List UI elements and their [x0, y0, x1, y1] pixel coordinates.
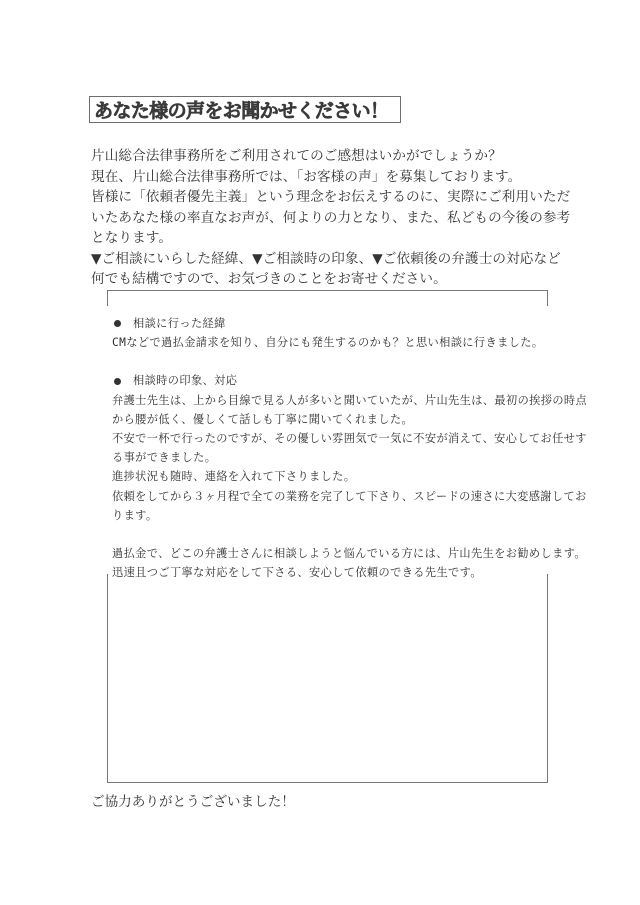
answer-line: 依頼をしてから３ヶ月程で全ての業務を完了して下さり、スピードの速さに大変感謝して…	[112, 487, 562, 506]
answer-line: から腰が低く、優しくて話しも丁寧に聞いてくれました。	[112, 410, 562, 429]
section-circumstances: 相談に行った経緯 CMなどで過払金請求を知り、自分にも発生するのかも？と思い相談…	[112, 314, 562, 352]
intro-line: ▼ご相談にいらした経緯、▼ご相談時の印象、▼ご依頼後の弁護士の対応など	[91, 249, 561, 270]
answer-line: 迅速且つご丁寧な対応をして下さる、安心して依頼のできる先生です。	[112, 563, 562, 582]
answer-line: 進捗状況も随時、連絡を入れて下さりました。	[112, 467, 562, 486]
intro-line: 何でも結構ですので、お気づきのことをお寄せください。	[91, 269, 561, 290]
section-recommendation: 過払金で、どこの弁護士さんに相談しようと悩んでいる方には、片山先生をお勧めします…	[112, 544, 562, 582]
bullet-icon	[114, 320, 121, 327]
section-impression: 相談時の印象、対応 弁護士先生は、上から目線で見る人が多いと聞いていたが、片山先…	[112, 371, 562, 525]
intro-line: 皆様に「依頼者優先主義」という理念をお伝えするのに、実際にご利用いただ	[91, 187, 561, 208]
intro-line: 現在、片山総合法律事務所では、「お客様の声」を募集しております。	[91, 167, 561, 188]
answer-line: CMなどで過払金請求を知り、自分にも発生するのかも？と思い相談に行きました。	[112, 333, 562, 352]
bullet-icon	[114, 378, 121, 385]
answer-line: る事ができました。	[112, 448, 562, 467]
intro-line: 片山総合法律事務所をご利用されてのご感想はいかがでしょうか？	[91, 146, 561, 167]
answer-line: ります。	[112, 506, 562, 525]
page-title-box: あなた様の声をお聞かせください！	[89, 96, 401, 123]
section-heading: 相談に行った経緯	[112, 314, 562, 333]
answer-line: 弁護士先生は、上から目線で見る人が多いと聞いていたが、片山先生は、最初の挨拶の時…	[112, 391, 562, 410]
page-title: あなた様の声をお聞かせください！	[94, 96, 388, 123]
section-heading: 相談時の印象、対応	[112, 371, 562, 390]
closing-message: ご協力ありがとうございました！	[91, 790, 295, 810]
answer-line: 過払金で、どこの弁護士さんに相談しようと悩んでいる方には、片山先生をお勧めします…	[112, 544, 562, 563]
answer-content: 相談に行った経緯 CMなどで過払金請求を知り、自分にも発生するのかも？と思い相談…	[112, 314, 562, 601]
answer-line: 不安で一杯で行ったのですが、その優しい雰囲気で一気に不安が消えて、安心してお任せ…	[112, 429, 562, 448]
section-heading-text: 相談時の印象、対応	[133, 371, 237, 390]
section-heading-text: 相談に行った経緯	[133, 314, 226, 333]
intro-line: いたあなた様の率直なお声が、何よりの力となり、また、私どもの今後の参考	[91, 208, 561, 229]
intro-line: となります。	[91, 228, 561, 249]
intro-text: 片山総合法律事務所をご利用されてのご感想はいかがでしょうか？ 現在、片山総合法律…	[91, 146, 561, 290]
